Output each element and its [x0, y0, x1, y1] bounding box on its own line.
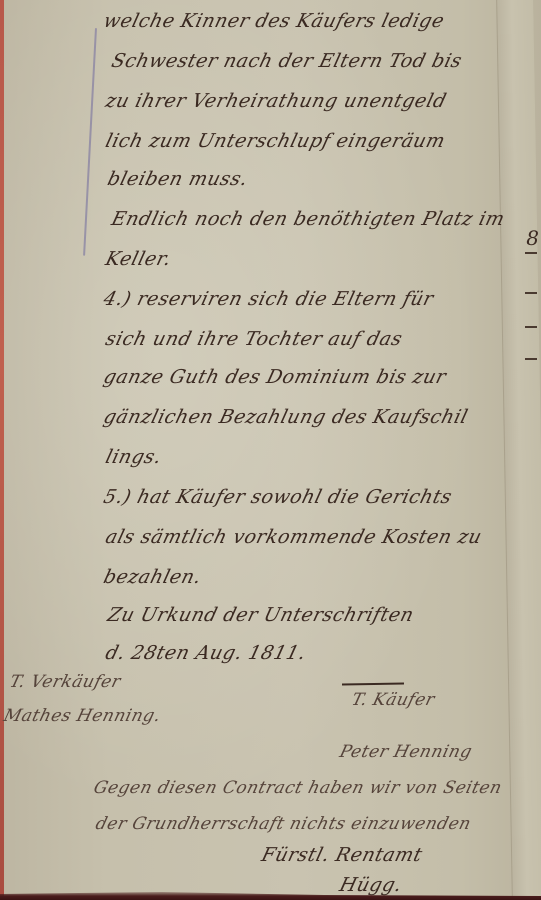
red-binding-edge	[0, 0, 4, 900]
handwritten-line: 4.) reserviren sich die Eltern für	[101, 288, 436, 310]
next-page-ink-mark	[525, 252, 537, 254]
next-page-ink-mark	[525, 358, 537, 360]
signature-underline	[342, 682, 404, 685]
handwritten-line: sich und ihre Tochter auf das	[103, 328, 404, 350]
next-page-edge	[496, 0, 541, 900]
office-signature-line: Hügg.	[337, 874, 404, 896]
handwritten-line: lich zum Unterschlupf eingeräum	[103, 130, 447, 152]
handwritten-line: zu ihrer Verheirathung unentgeld	[103, 90, 449, 112]
next-page-ink-mark	[525, 326, 537, 328]
signature-buyer: T. Käufer	[350, 690, 437, 710]
next-page-letter: 8	[526, 226, 539, 250]
handwritten-line: Schwester nach der Eltern Tod bis	[109, 50, 464, 72]
handwritten-line: d. 28ten Aug. 1811.	[103, 642, 308, 664]
approval-line: der Grundherrschaft nichts einzuwenden	[94, 814, 474, 834]
bottom-binding-edge	[0, 890, 541, 900]
handwritten-line: bezahlen.	[101, 566, 204, 588]
handwritten-line: 5.) hat Käufer sowohl die Gerichts	[101, 486, 454, 508]
handwritten-line: bleiben muss.	[105, 168, 250, 190]
handwritten-line: Keller.	[103, 248, 173, 270]
next-page-ink-mark	[525, 292, 537, 294]
handwritten-line: ganze Guth des Dominium bis zur	[101, 366, 448, 388]
margin-pencil-line	[83, 28, 97, 256]
handwritten-line: gänzlichen Bezahlung des Kaufschil	[101, 406, 470, 428]
signature-seller-name: Mathes Henning.	[2, 706, 163, 726]
approval-line: Gegen diesen Contract haben wir von Seit…	[92, 778, 505, 798]
handwritten-line: lings.	[103, 446, 164, 468]
handwritten-line: Zu Urkund der Unterschriften	[105, 604, 416, 626]
handwritten-line: welche Kinner des Käufers ledige	[101, 10, 446, 32]
signature-buyer-name: Peter Henning	[338, 742, 475, 762]
office-signature-line: Fürstl. Rentamt	[259, 844, 424, 866]
handwritten-line: Endlich noch den benöthigten Platz im	[109, 208, 507, 230]
handwritten-line: als sämtlich vorkommende Kosten zu	[103, 526, 484, 548]
paper-page: 8 welche Kinner des Käufers ledigeSchwes…	[0, 0, 541, 900]
signature-seller: T. Verkäufer	[8, 672, 123, 692]
